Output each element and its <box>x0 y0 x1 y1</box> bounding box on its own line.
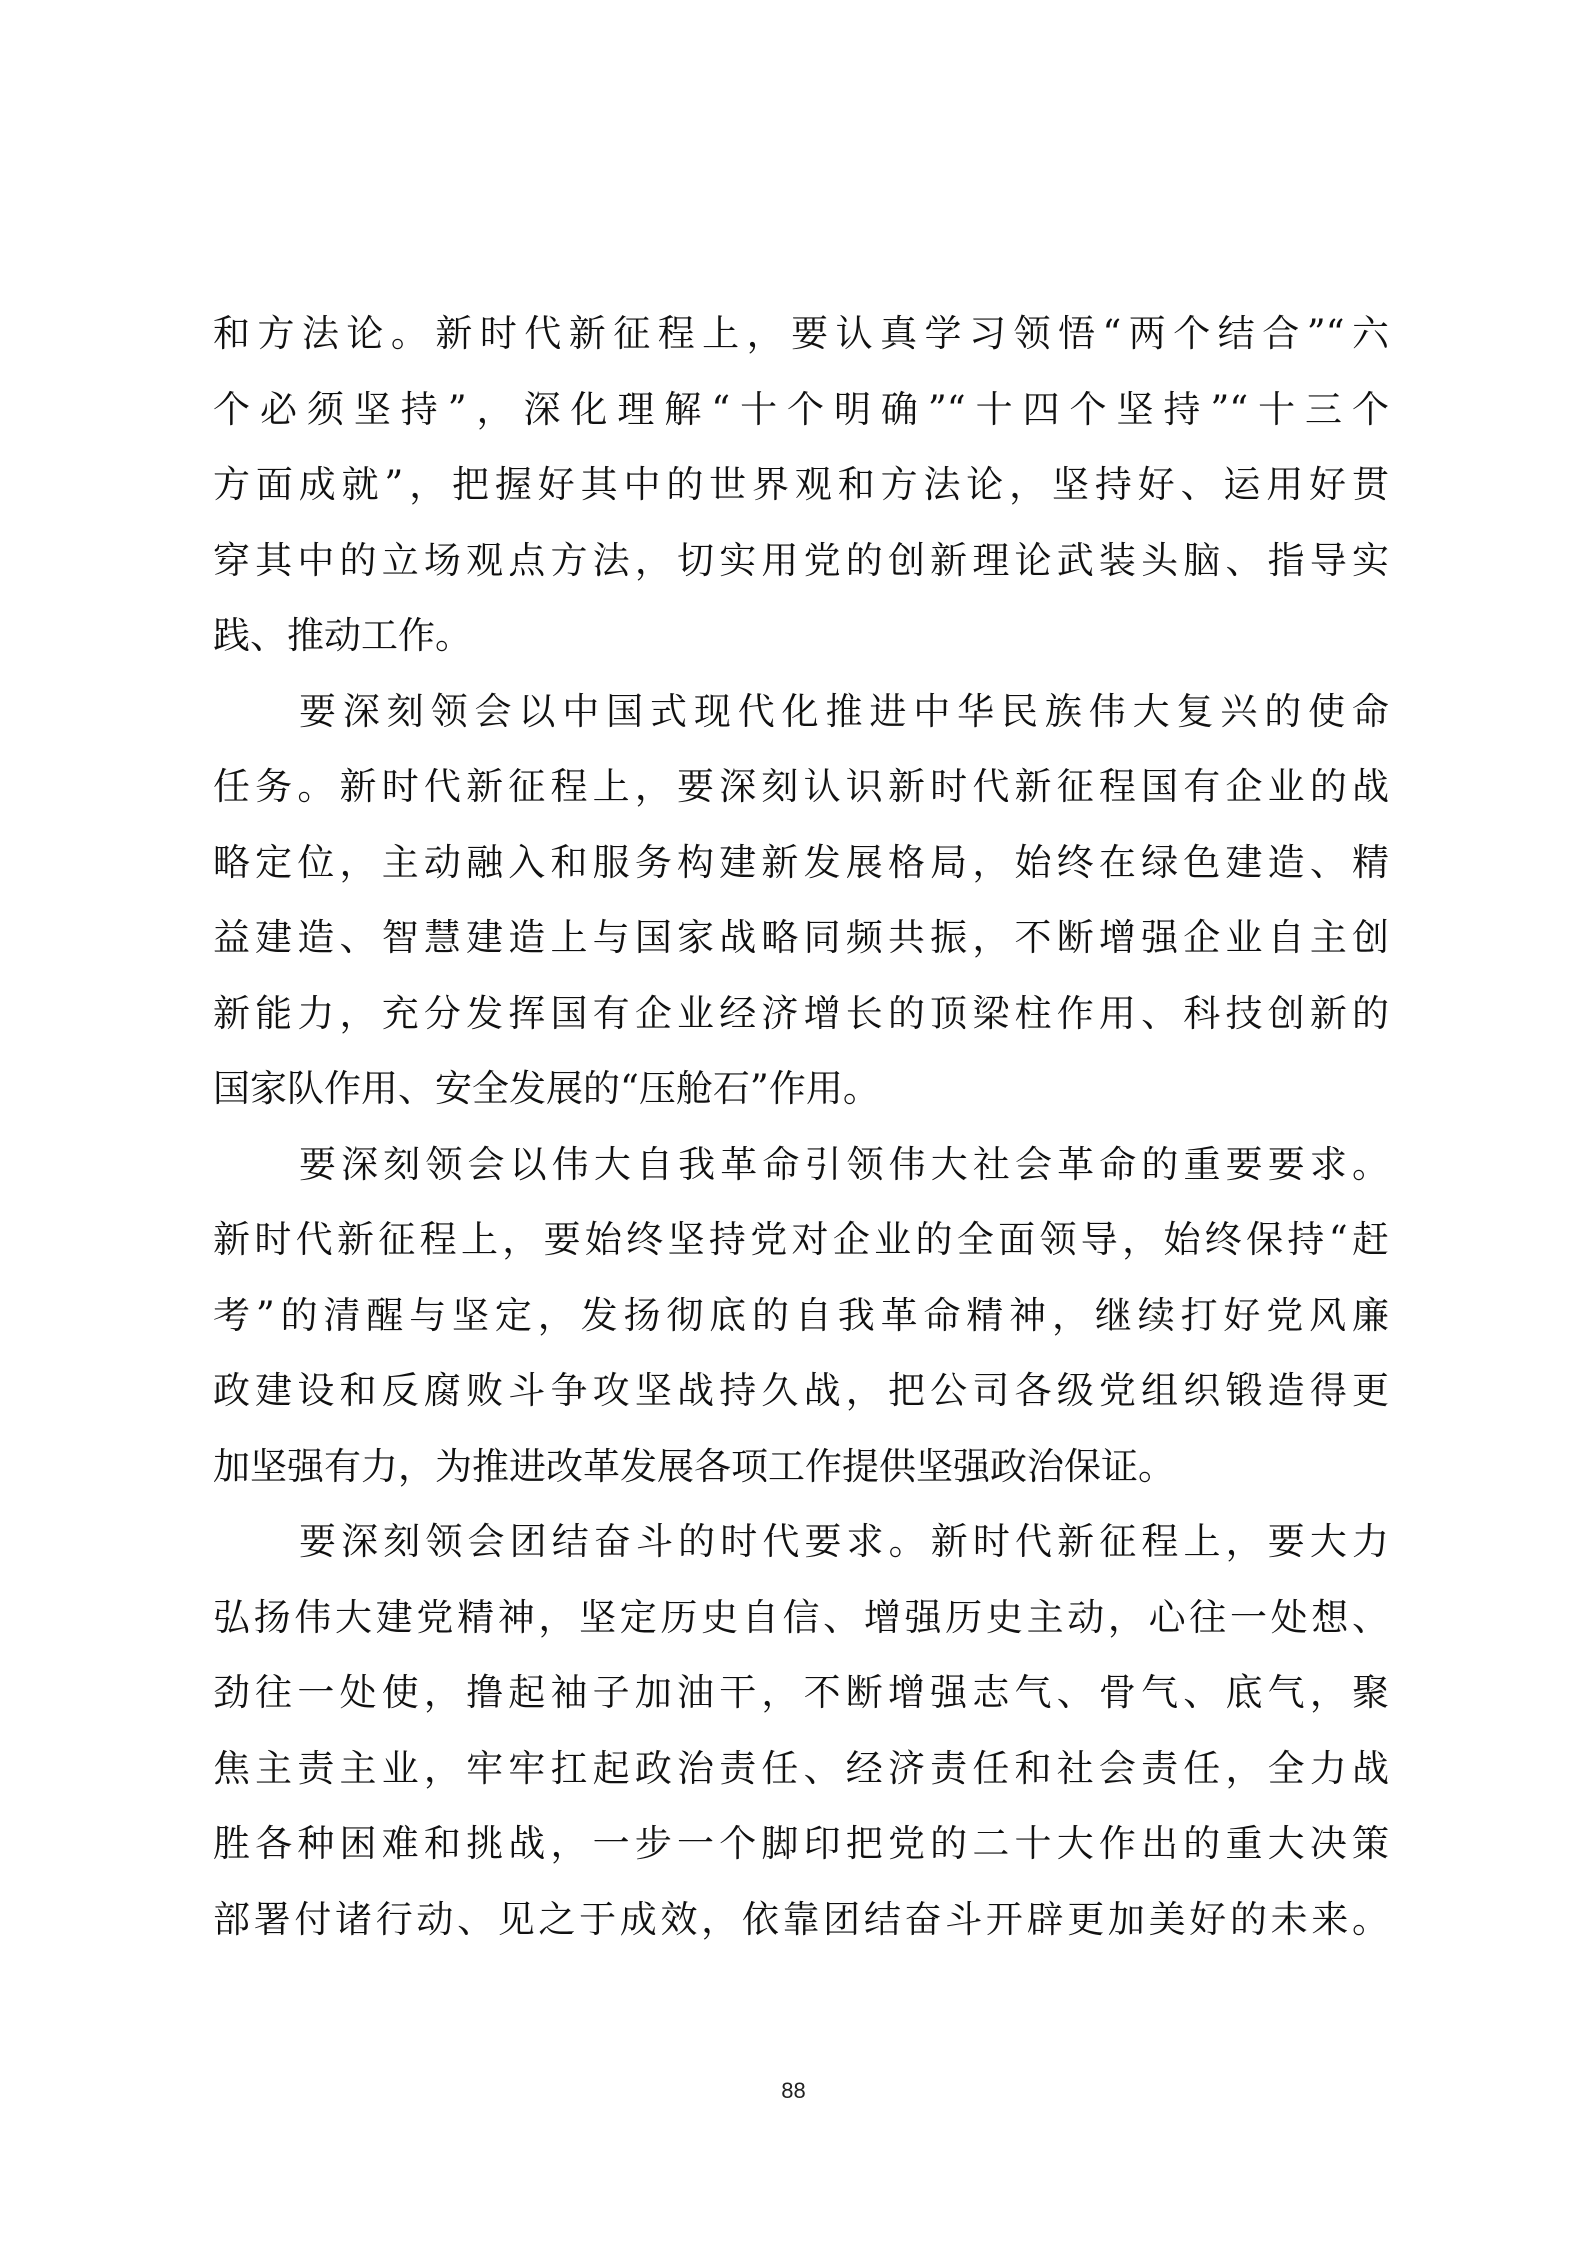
text-line: 部署付诸行动、见之于成效，依靠团结奋斗开辟更加美好的未来。 <box>213 1882 1389 1958</box>
body-text: 和方法论。新时代新征程上，要认真学习领悟“两个结合”“六 个必须坚持”，深化理解… <box>213 296 1389 1957</box>
text-line: 政建设和反腐败斗争攻坚战持久战，把公司各级党组织锻造得更 <box>213 1353 1389 1429</box>
text-line: 胜各种困难和挑战，一步一个脚印把党的二十大作出的重大决策 <box>213 1806 1389 1882</box>
text-line: 考”的清醒与坚定，发扬彻底的自我革命精神，继续打好党风廉 <box>213 1278 1389 1354</box>
text-line: 加坚强有力，为推进改革发展各项工作提供坚强政治保证。 <box>213 1429 1389 1505</box>
text-line: 和方法论。新时代新征程上，要认真学习领悟“两个结合”“六 <box>213 296 1389 372</box>
text-line: 任务。新时代新征程上，要深刻认识新时代新征程国有企业的战 <box>213 749 1389 825</box>
document-page: 和方法论。新时代新征程上，要认真学习领悟“两个结合”“六 个必须坚持”，深化理解… <box>0 0 1587 2245</box>
text-line: 焦主责主业，牢牢扛起政治责任、经济责任和社会责任，全力战 <box>213 1731 1389 1807</box>
text-line: 新时代新征程上，要始终坚持党对企业的全面领导，始终保持“赶 <box>213 1202 1389 1278</box>
text-line: 践、推动工作。 <box>213 598 1389 674</box>
paragraph-first-line: 要深刻领会团结奋斗的时代要求。新时代新征程上，要大力 <box>213 1504 1389 1580</box>
text-line: 穿其中的立场观点方法，切实用党的创新理论武装头脑、指导实 <box>213 523 1389 599</box>
paragraph-first-line: 要深刻领会以中国式现代化推进中华民族伟大复兴的使命 <box>213 674 1389 750</box>
text-line: 方面成就”，把握好其中的世界观和方法论，坚持好、运用好贯 <box>213 447 1389 523</box>
text-line: 略定位，主动融入和服务构建新发展格局，始终在绿色建造、精 <box>213 825 1389 901</box>
text-line: 劲往一处使，撸起袖子加油干，不断增强志气、骨气、底气，聚 <box>213 1655 1389 1731</box>
text-line: 国家队作用、安全发展的“压舱石”作用。 <box>213 1051 1389 1127</box>
text-line: 益建造、智慧建造上与国家战略同频共振，不断增强企业自主创 <box>213 900 1389 976</box>
text-line: 个必须坚持”，深化理解“十个明确”“十四个坚持”“十三个 <box>213 372 1389 448</box>
text-line: 弘扬伟大建党精神，坚定历史自信、增强历史主动，心往一处想、 <box>213 1580 1389 1656</box>
page-number: 88 <box>0 2078 1587 2104</box>
paragraph-first-line: 要深刻领会以伟大自我革命引领伟大社会革命的重要要求。 <box>213 1127 1389 1203</box>
text-line: 新能力，充分发挥国有企业经济增长的顶梁柱作用、科技创新的 <box>213 976 1389 1052</box>
